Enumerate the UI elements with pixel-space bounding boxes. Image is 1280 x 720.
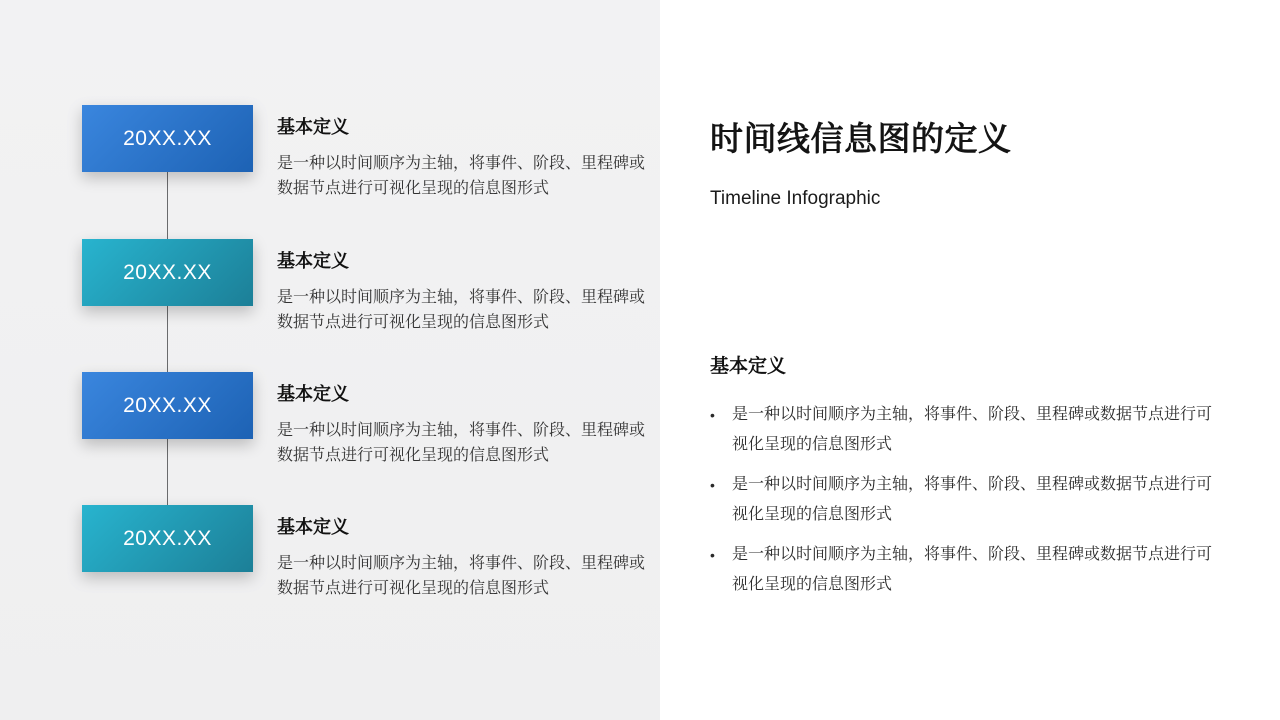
timeline-date-label: 20XX.XX xyxy=(123,527,212,551)
timeline-date-box: 20XX.XX xyxy=(82,505,253,572)
timeline-item-heading: 基本定义 xyxy=(277,515,645,539)
bullet-text: 是一种以时间顺序为主轴，将事件、阶段、里程碑或数据节点进行可视化呈现的信息图形式 xyxy=(732,400,1215,460)
bullet-item: • 是一种以时间顺序为主轴，将事件、阶段、里程碑或数据节点进行可视化呈现的信息图… xyxy=(710,540,1215,600)
definition-panel: 时间线信息图的定义 Timeline Infographic 基本定义 • 是一… xyxy=(660,0,1280,720)
bullet-text: 是一种以时间顺序为主轴，将事件、阶段、里程碑或数据节点进行可视化呈现的信息图形式 xyxy=(732,540,1215,600)
timeline-date-box: 20XX.XX xyxy=(82,372,253,439)
section-heading: 基本定义 xyxy=(710,354,786,380)
timeline-item-body: 是一种以时间顺序为主轴，将事件、阶段、里程碑或数据节点进行可视化呈现的信息图形式 xyxy=(277,151,645,201)
bullet-dot-icon: • xyxy=(710,540,732,600)
timeline-panel: 20XX.XX 基本定义 是一种以时间顺序为主轴，将事件、阶段、里程碑或数据节点… xyxy=(0,0,660,720)
timeline-item-body: 是一种以时间顺序为主轴，将事件、阶段、里程碑或数据节点进行可视化呈现的信息图形式 xyxy=(277,551,645,601)
timeline-item-body: 是一种以时间顺序为主轴，将事件、阶段、里程碑或数据节点进行可视化呈现的信息图形式 xyxy=(277,285,645,335)
timeline-item-heading: 基本定义 xyxy=(277,382,645,406)
timeline-date-box: 20XX.XX xyxy=(82,105,253,172)
bullet-dot-icon: • xyxy=(710,470,732,530)
timeline-item-heading: 基本定义 xyxy=(277,249,645,273)
bullet-text: 是一种以时间顺序为主轴，将事件、阶段、里程碑或数据节点进行可视化呈现的信息图形式 xyxy=(732,470,1215,530)
bullet-item: • 是一种以时间顺序为主轴，将事件、阶段、里程碑或数据节点进行可视化呈现的信息图… xyxy=(710,470,1215,530)
bullet-list: • 是一种以时间顺序为主轴，将事件、阶段、里程碑或数据节点进行可视化呈现的信息图… xyxy=(710,400,1215,610)
bullet-item: • 是一种以时间顺序为主轴，将事件、阶段、里程碑或数据节点进行可视化呈现的信息图… xyxy=(710,400,1215,460)
slide-title: 时间线信息图的定义 xyxy=(710,118,1012,160)
timeline-item-text: 基本定义 是一种以时间顺序为主轴，将事件、阶段、里程碑或数据节点进行可视化呈现的… xyxy=(277,382,645,468)
slide-subtitle: Timeline Infographic xyxy=(710,186,880,212)
timeline-item-text: 基本定义 是一种以时间顺序为主轴，将事件、阶段、里程碑或数据节点进行可视化呈现的… xyxy=(277,515,645,601)
timeline-item-body: 是一种以时间顺序为主轴，将事件、阶段、里程碑或数据节点进行可视化呈现的信息图形式 xyxy=(277,418,645,468)
timeline-item-text: 基本定义 是一种以时间顺序为主轴，将事件、阶段、里程碑或数据节点进行可视化呈现的… xyxy=(277,115,645,201)
timeline-date-box: 20XX.XX xyxy=(82,239,253,306)
timeline-date-label: 20XX.XX xyxy=(123,127,212,151)
bullet-dot-icon: • xyxy=(710,400,732,460)
timeline-item-text: 基本定义 是一种以时间顺序为主轴，将事件、阶段、里程碑或数据节点进行可视化呈现的… xyxy=(277,249,645,335)
timeline-date-label: 20XX.XX xyxy=(123,261,212,285)
timeline-connector-line xyxy=(167,139,168,539)
timeline-date-label: 20XX.XX xyxy=(123,394,212,418)
timeline-item-heading: 基本定义 xyxy=(277,115,645,139)
